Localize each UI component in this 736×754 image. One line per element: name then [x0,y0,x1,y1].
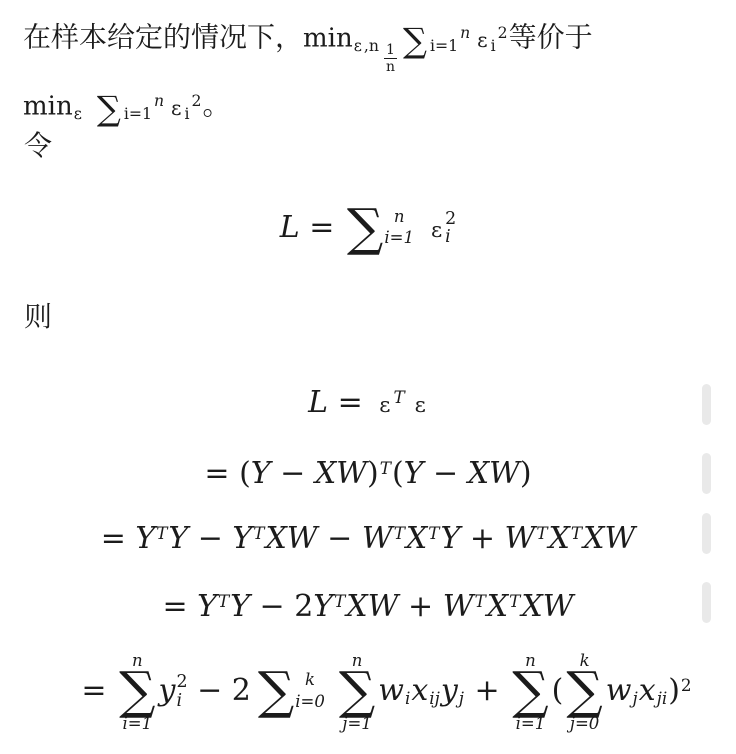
math-token: 2 [681,675,692,695]
math-token: ∑ [339,671,375,713]
math-token: n∑i=1 [119,652,155,732]
math-token: T [475,591,486,611]
math-token: W [443,589,474,624]
math-token: i=0 [295,694,325,711]
scroll-pill[interactable] [702,582,711,623]
math-token: XW [583,521,635,556]
math-token: XW [346,589,398,624]
math-token: ε [477,28,487,52]
math-token: 2i [176,674,187,711]
math-token: ni=1 [383,208,414,250]
math-token: − [188,521,232,556]
math-token: T [571,523,582,543]
math-token: X [487,589,508,624]
math-token: X [406,521,427,556]
math-token: 等价于 [509,21,593,54]
math-token: k∑j=0 [566,652,602,732]
math-token: ε [354,36,362,55]
math-token: ji [657,688,668,708]
math-token: ∑ [566,671,602,713]
math-token: 。 [203,89,231,122]
math-token: − 2 [188,673,251,708]
math-token: T [334,591,345,611]
equation-step-5: = n∑i=1y2i − 2∑ki=0n∑j=1wixijyj + n∑i=1(… [0,652,736,732]
math-token: − [423,456,467,491]
math-token: ( [392,456,404,491]
math-token: j=1 [342,715,371,732]
math-token: − [318,521,362,556]
math-token: W [362,521,393,556]
math-token: x [411,673,428,708]
math-token: W [505,521,536,556]
math-token: − 2 [250,589,313,624]
intro-line-2: minε∑i=1nεi2。 [23,76,713,138]
math-token: n [154,91,164,110]
equation-step-2: = (Y − XW)T(Y − XW) [0,459,736,489]
math-token: n∑j=1 [339,652,375,732]
math-token: min [303,24,353,54]
math-token: min [23,92,73,122]
math-token: T [393,387,404,407]
math-token: = [81,673,116,708]
math-token: XW [468,456,520,491]
math-token: i [445,229,451,247]
math-token: Y [251,456,271,491]
scroll-pill[interactable] [702,513,711,554]
math-token: 2 [498,23,508,42]
math-token: L [308,385,328,420]
math-token: n [384,209,414,226]
then-label: 则 [24,302,52,332]
math-token: − [271,456,315,491]
math-token: T [253,523,264,543]
math-token: ∑ [347,208,383,250]
math-token: j [632,688,637,708]
math-token: Y [404,456,424,491]
scroll-pill[interactable] [702,453,711,494]
math-token: T [536,523,547,543]
math-token: ) [520,456,532,491]
math-token: ε [379,393,390,418]
math-token: i [405,688,410,708]
math-token: XW [315,456,367,491]
math-token: XW [265,521,317,556]
math-token: ∑ [119,671,155,713]
math-token: 在样本给定的情况下， [23,21,303,54]
math-token: n [460,23,470,42]
math-token: ε [74,104,82,123]
document-page: 在样本给定的情况下，minε,n1n∑i=1nεi2等价于 minε∑i=1nε… [0,0,736,754]
math-token: w [606,673,632,708]
math-token: i=1 [516,715,546,732]
math-token: ij [429,688,440,708]
math-token: XW [521,589,573,624]
math-token: j=0 [570,715,599,732]
math-token: Y [168,521,188,556]
math-token: 2 [176,674,187,692]
math-token: n [384,58,397,76]
scroll-pill[interactable] [702,384,711,425]
math-token: ∑ [403,21,427,60]
math-token: = ( [204,456,250,491]
math-token: k [295,672,325,689]
math-token: ) [668,673,680,708]
equation-step-3: = YTY − YTXW − WTXTY + WTXTXW [0,524,736,554]
math-token: i=1 [122,715,152,732]
math-token: T [509,591,520,611]
math-token: ∑ki=0 [258,671,325,713]
intro-line-1: 在样本给定的情况下，minε,n1n∑i=1nεi2等价于 [23,8,713,76]
math-token: Y [230,589,250,624]
math-token: ∑ni=1 [347,208,414,250]
math-token: Y [232,521,252,556]
equation-loss-definition: L = ∑ni=1ε2i [0,208,736,250]
math-token: X [549,521,570,556]
math-token: ε [171,96,181,120]
math-token: i=1 [124,104,152,123]
math-token: = [300,210,344,245]
math-token: Y [197,589,217,624]
math-token: T [156,523,167,543]
math-token: ∑ [512,671,548,713]
math-token: + [465,673,509,708]
math-token: L [280,210,300,245]
math-token: Y [313,589,333,624]
math-token: n∑i=1 [512,652,548,732]
math-token: = [101,521,136,556]
math-token: ε [415,393,426,418]
math-token: Y [440,521,460,556]
equation-step-1: L = εTε [0,388,736,418]
math-token: 2 [445,211,456,229]
math-token: j [459,688,464,708]
math-token: T [428,523,439,543]
math-token: T [394,523,405,543]
math-token: + [399,589,443,624]
math-token: i=1 [430,36,458,55]
math-token: i [176,693,182,711]
math-token: 2i [445,211,456,248]
math-token: ki=0 [294,671,325,713]
math-token: 1 [384,42,397,59]
math-token: + [460,521,504,556]
math-token: Y [135,521,155,556]
math-token: = [162,589,197,624]
math-token: ∑ [258,671,294,713]
math-token: i [491,36,496,55]
intro-paragraph: 在样本给定的情况下，minε,n1n∑i=1nεi2等价于 minε∑i=1nε… [23,8,713,138]
equation-step-4: = YTY − 2YTXW + WTXTXW [0,592,736,622]
math-token: ,n [364,36,379,55]
math-token: x [639,673,656,708]
math-token: ) [367,456,379,491]
math-token: ( [552,673,564,708]
math-token: T [380,458,391,478]
math-token: y [159,673,176,708]
math-token: = [328,385,372,420]
math-token: i [185,104,190,123]
math-token: T [218,591,229,611]
math-token: ε [431,218,442,243]
let-label: 令 [24,131,52,161]
math-token: i=1 [384,230,414,247]
math-token: 1n [384,42,397,77]
math-token: ∑ [97,89,121,128]
math-token: w [378,673,404,708]
math-token: y [441,673,458,708]
math-token: 2 [192,91,202,110]
